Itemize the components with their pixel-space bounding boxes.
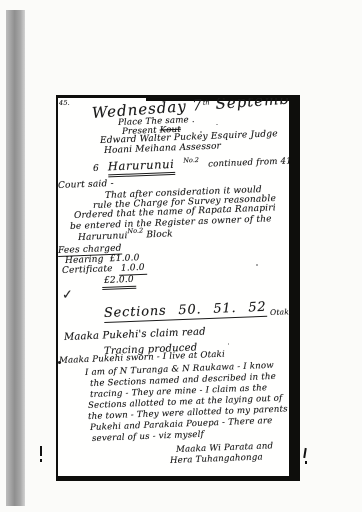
block-number-sup: No.2 [183, 156, 199, 165]
page-number: 45. [59, 99, 70, 107]
noise-dot [200, 131, 202, 133]
court-said-line: Court said - [58, 179, 114, 191]
margin-mark-left [40, 446, 42, 456]
sections-heading-place: Otaki [270, 307, 292, 317]
signature-line: Hera Tuhangahonga [170, 452, 263, 466]
continued-note: continued from 418. [208, 156, 300, 170]
document-frame: 45. Wednesday 7th September 1881 Place T… [56, 95, 300, 481]
margin-mark-right [303, 448, 307, 458]
block-name: Harurunui [108, 157, 175, 178]
check-mark-icon: ✓ [62, 288, 74, 303]
scanned-page-background: { "page": { "page_number": "45.", "heade… [0, 0, 362, 512]
margin-mark-right-dot [305, 461, 307, 464]
claim-line: Maaka Pukehi's claim read [64, 327, 206, 343]
margin-mark-left-dot [40, 459, 42, 462]
case-heading: 6 Harurunui No.2 continued from 418. [93, 152, 300, 178]
noise-dot [216, 124, 218, 125]
sections-heading: Sections 50. 51. 52 [104, 300, 267, 323]
scan-spine-shadow [6, 10, 25, 506]
noise-dot [228, 343, 229, 345]
fees-total: £2.0.0 [102, 275, 136, 286]
case-number: 6 [93, 164, 99, 174]
handwriting-layer: 45. Wednesday 7th September 1881 Place T… [58, 98, 289, 476]
noise-dot [256, 264, 258, 266]
block-line: HarurunuiNo.2 Block [78, 229, 173, 243]
